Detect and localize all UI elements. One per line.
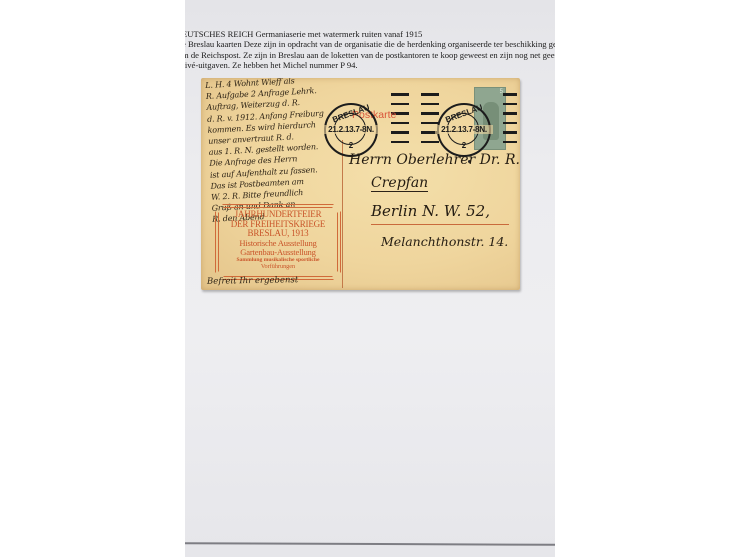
exhibition-imprint: JAHRHUNDERTFEIER DER FREIHEITSKRIEGE BRE… — [215, 204, 341, 280]
sheet-bottom-edge — [185, 542, 555, 546]
machine-cancel-bars — [421, 93, 439, 150]
caption-line: EUTSCHES REICH Germaniaserie met waterme… — [185, 29, 555, 39]
caption-line: e Breslau kaarten Deze zijn in opdracht … — [185, 39, 555, 49]
postmark-date: 21.2.13.7-8N. — [435, 125, 493, 134]
postcard: L. H. 4 Wohnt Wieff als R. Aufgabe 2 Anf… — [201, 78, 520, 290]
signature-line: Befreit Ihr ergebenst — [207, 275, 298, 287]
caption-line: m de Reichspost. Ze zijn in Breslau aan … — [185, 50, 555, 60]
postmark-date: 21.2.13.7-8N. — [322, 125, 380, 134]
handwritten-message: L. H. 4 Wohnt Wieff als R. Aufgabe 2 Anf… — [205, 78, 350, 225]
postmark-office: 2 — [326, 141, 376, 150]
address-line: Crepfan — [371, 175, 428, 192]
card-divider-line — [342, 140, 343, 288]
machine-cancel-bars — [391, 93, 409, 150]
caption-line: rivé-uitgaven. Ze hebben het Michel numm… — [185, 60, 555, 70]
machine-cancel-bars — [503, 93, 517, 150]
sheet-caption: EUTSCHES REICH Germaniaserie met waterme… — [185, 29, 555, 71]
address-underline — [371, 224, 509, 225]
postmark-cancel: BRESLAU 21.2.13.7-8N. 2 — [437, 103, 491, 157]
imprint-line: Vorführungen — [216, 263, 340, 270]
imprint-line: Gartenbau-Ausstellung — [216, 248, 340, 257]
postmark-cancel: BRESLAU 21.2.13.7-8N. 2 — [324, 103, 378, 157]
postmark-office: 2 — [439, 141, 489, 150]
address-line: Herrn Oberlehrer Dr. R. — [349, 152, 520, 168]
imprint-text: JAHRHUNDERTFEIER DER FREIHEITSKRIEGE BRE… — [216, 210, 340, 270]
address-line: Berlin N. W. 52, — [371, 202, 490, 220]
address-line: Melanchthonstr. 14. — [381, 234, 508, 249]
